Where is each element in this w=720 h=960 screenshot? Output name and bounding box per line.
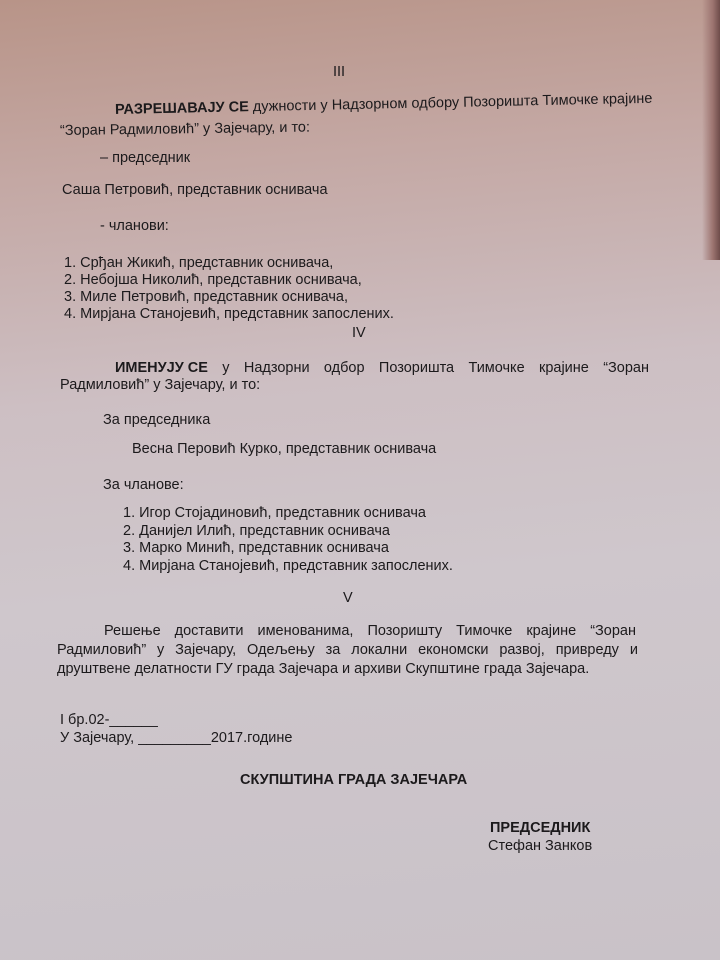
word: и xyxy=(630,642,638,658)
list-item: 2. Данијел Илић, представник оснивача xyxy=(123,523,453,541)
list-item: 4. Мирјана Станојевић, представник запос… xyxy=(64,306,394,323)
list-item: 2. Небојша Николић, представник оснивача… xyxy=(64,272,394,289)
section4-intro-bold: ИМЕНУЈУ СЕ xyxy=(115,360,208,376)
reference-number: I бр.02-______ xyxy=(60,712,158,728)
section-numeral-iii: III xyxy=(333,64,345,80)
section3-intro: РАЗРЕШАВАЈУ СЕ дужности у Надзорном одбо… xyxy=(115,91,653,118)
section3-members-label: - чланови: xyxy=(100,218,169,234)
word: крајине xyxy=(526,623,576,639)
signatory-title: ПРЕДСЕДНИК xyxy=(490,820,590,836)
place-date: У Зајечару, _________2017.године xyxy=(60,730,292,746)
word: Надзорни xyxy=(244,360,310,376)
section4-members-label: За чланове: xyxy=(103,477,184,493)
signatory-name: Стефан Занков xyxy=(488,838,592,854)
word: развој, xyxy=(499,642,544,658)
section3-members-list: 1. Срђан Жикић, представник оснивача, 2.… xyxy=(64,255,394,323)
word: у xyxy=(157,642,164,658)
word: Радмиловић” xyxy=(57,642,146,658)
word: крајине xyxy=(539,360,589,376)
document-page: III РАЗРЕШАВАЈУ СЕ дужности у Надзорном … xyxy=(0,0,720,960)
section4-president-label: За председника xyxy=(103,412,210,428)
section5-line1: Решење доставити именованима, Позоришту … xyxy=(104,623,636,639)
section5-line3: друштвене делатности ГУ града Зајечара и… xyxy=(57,661,589,677)
word: Тимочке xyxy=(468,360,524,376)
word: именованима, xyxy=(257,623,353,639)
assembly-name: СКУПШТИНА ГРАДА ЗАЈЕЧАРА xyxy=(240,772,467,788)
word: одбор xyxy=(324,360,365,376)
section4-intro: ИМЕНУЈУ СЕ у Надзорни одбор Позоришта Ти… xyxy=(115,360,649,376)
section5-line2: Радмиловић” у Зајечару, Одељењу за локал… xyxy=(57,642,638,658)
section3-intro-bold: РАЗРЕШАВАЈУ СЕ xyxy=(115,99,249,118)
word: Тимочке xyxy=(456,623,512,639)
word: Решење xyxy=(104,623,161,639)
section3-president-label: – председник xyxy=(100,150,190,166)
section4-intro-line2: Радмиловић” у Зајечару, и то: xyxy=(60,377,260,393)
word: “Зоран xyxy=(590,623,636,639)
list-item: 1. Срђан Жикић, представник оснивача, xyxy=(64,255,394,272)
word: економски xyxy=(418,642,488,658)
section-numeral-iv: IV xyxy=(352,325,366,341)
section3-intro-rest: дужности у Надзорном одбору Позоришта Ти… xyxy=(249,91,653,115)
list-item: 3. Марко Минић, представник оснивача xyxy=(123,540,453,558)
section3-president: Саша Петровић, представник оснивача xyxy=(62,182,328,198)
list-item: 3. Миле Петровић, представник оснивача, xyxy=(64,289,394,306)
section4-members-list: 1. Игор Стојадиновић, представник оснива… xyxy=(123,505,453,575)
word: “Зоран xyxy=(603,360,649,376)
word: Позоришту xyxy=(367,623,442,639)
word: Позоришта xyxy=(379,360,454,376)
word: локални xyxy=(351,642,407,658)
word: за xyxy=(326,642,341,658)
word: Зајечару, xyxy=(175,642,236,658)
word: доставити xyxy=(175,623,244,639)
word: Одељењу xyxy=(247,642,315,658)
word: у xyxy=(222,360,229,376)
section4-president: Весна Перовић Курко, представник оснивач… xyxy=(132,441,436,457)
section3-intro-line2: “Зоран Радмиловић” у Зајечару, и то: xyxy=(60,120,310,139)
section-numeral-v: V xyxy=(343,590,353,606)
list-item: 1. Игор Стојадиновић, представник оснива… xyxy=(123,505,453,523)
word: привреду xyxy=(556,642,619,658)
list-item: 4. Мирјана Станојевић, представник запос… xyxy=(123,558,453,576)
